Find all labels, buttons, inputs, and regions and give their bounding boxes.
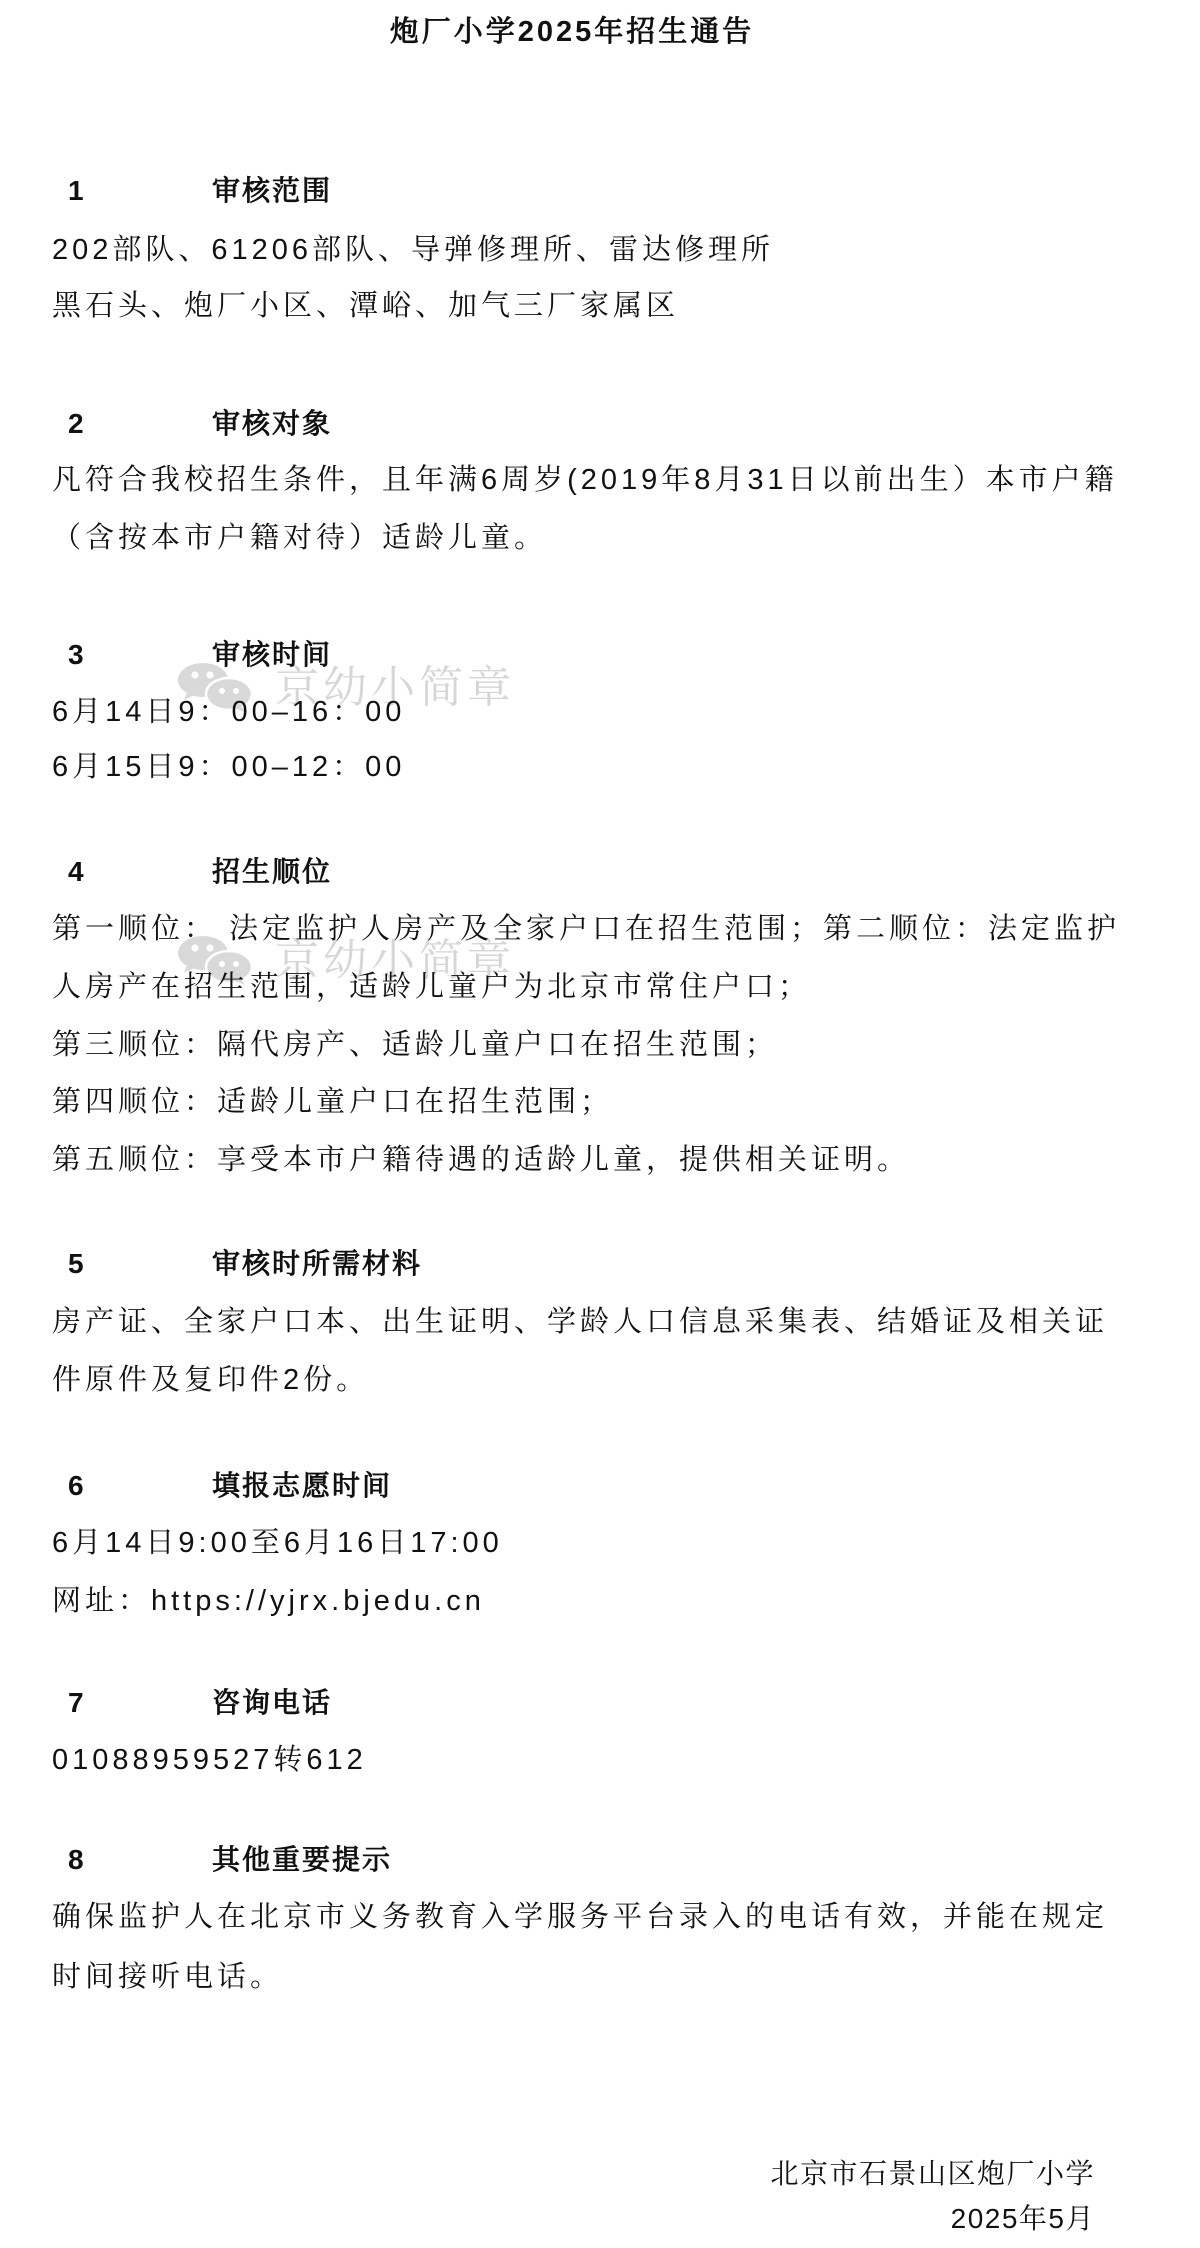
section-heading: 其他重要提示 [212, 1840, 392, 1880]
section-number: 4 [68, 852, 84, 892]
section-number: 8 [68, 1840, 84, 1880]
section-text-line: 6月15日9：00–12：00 [52, 747, 405, 787]
section-text-line: 202部队、61206部队、导弹修理所、雷达修理所 [52, 230, 774, 270]
section-number: 7 [68, 1683, 84, 1723]
section-text-line: 第五顺位：享受本市户籍待遇的适龄儿童，提供相关证明。 [52, 1140, 910, 1180]
signature-organization: 北京市石景山区炮厂小学 [770, 2154, 1095, 2194]
admission-notice-page: 京幼小简章 京幼小简章 炮厂小学2025年招生通告 1 审核范围 202部队、6… [0, 0, 1200, 2248]
section-heading: 审核时所需材料 [212, 1244, 422, 1284]
section-number: 1 [68, 171, 84, 211]
phone-number-text: 01088959527转612 [52, 1740, 367, 1780]
website-url-text: 网址：https://yjrx.bjedu.cn [52, 1581, 485, 1621]
section-text-line: 6月14日9：00–16：00 [52, 692, 405, 732]
section-heading: 填报志愿时间 [212, 1466, 392, 1506]
section-heading: 审核对象 [212, 404, 332, 444]
section-text-line: 6月14日9:00至6月16日17:00 [52, 1523, 503, 1563]
section-text-line: 人房产在招生范围，适龄儿童户为北京市常住户口； [52, 967, 811, 1007]
section-heading: 审核时间 [212, 635, 332, 675]
section-number: 5 [68, 1244, 84, 1284]
notice-title: 炮厂小学2025年招生通告 [388, 12, 756, 52]
section-heading: 咨询电话 [212, 1683, 332, 1723]
section-text-line: 件原件及复印件2份。 [52, 1360, 369, 1400]
section-text-line: 黑石头、炮厂小区、潭峪、加气三厂家属区 [52, 286, 679, 326]
section-text-line: 第四顺位：适龄儿童户口在招生范围； [52, 1082, 613, 1122]
section-number: 6 [68, 1466, 84, 1506]
section-text-line: 第三顺位：隔代房产、适龄儿童户口在招生范围； [52, 1025, 778, 1065]
section-heading: 招生顺位 [212, 852, 332, 892]
signature-date: 2025年5月 [951, 2199, 1095, 2239]
section-text-line: 第一顺位： 法定监护人房产及全家户口在招生范围；第二顺位：法定监护 [52, 909, 1120, 949]
section-number: 3 [68, 635, 84, 675]
section-text-line: 确保监护人在北京市义务教育入学服务平台录入的电话有效，并能在规定 [52, 1897, 1108, 1937]
section-text-line: 凡符合我校招生条件，且年满6周岁(2019年8月31日以前出生）本市户籍 [52, 460, 1118, 500]
section-number: 2 [68, 404, 84, 444]
section-text-line: 房产证、全家户口本、出生证明、学龄人口信息采集表、结婚证及相关证 [52, 1302, 1108, 1342]
section-heading: 审核范围 [212, 171, 332, 211]
section-text-line: 时间接听电话。 [52, 1957, 283, 1997]
section-text-line: （含按本市户籍对待）适龄儿童。 [52, 518, 547, 558]
